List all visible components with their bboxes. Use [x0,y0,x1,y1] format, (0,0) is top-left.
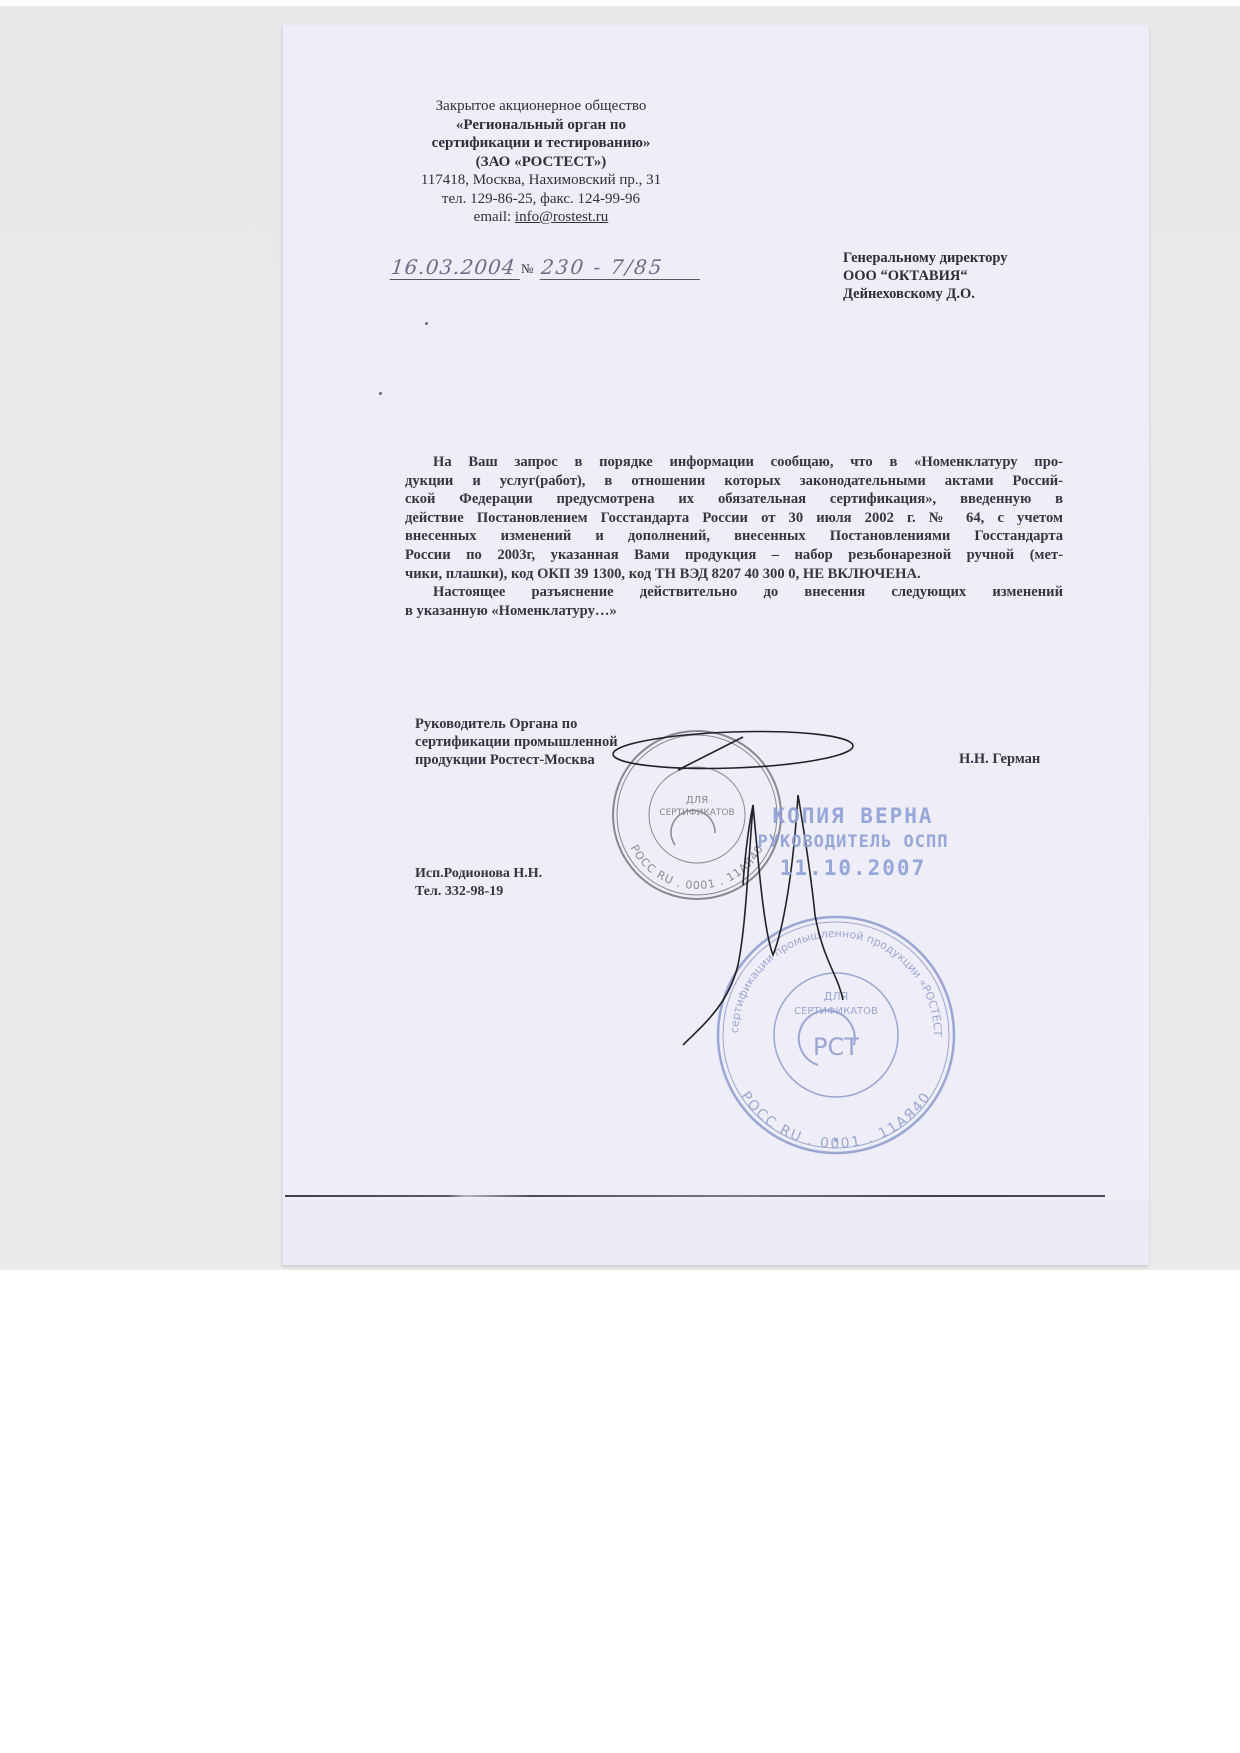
body-line: в указанную «Номенклатуру…» [405,602,1063,621]
signatory-title: Руководитель Органа по сертификации пром… [415,715,675,769]
addressee-company: ООО “ОКТАВИЯ“ [843,267,1103,285]
large-seal-center-top: ДЛЯ [824,990,849,1003]
signatory-title-line: продукции Ростест-Москва [415,751,675,769]
svg-text:РОСС RU . 0001 . 11АЯ40: РОСС RU . 0001 . 11АЯ40 [737,1089,935,1152]
page-bottom-band [283,1200,1149,1265]
sender-email-label: email: [474,209,515,225]
body-line: Настоящее разъяснение действительно до в… [405,583,1063,602]
body-line: России по 2003г, указанная Вами продукци… [405,546,1063,565]
copy-stamp-line2: РУКОВОДИТЕЛЬ ОСПП [723,829,983,855]
copy-certified-stamp: КОПИЯ ВЕРНА РУКОВОДИТЕЛЬ ОСПП 11.10.2007 [723,803,983,881]
large-seal-logo: РСТ [813,1033,859,1061]
sender-org-short: (ЗАО «РОСТЕСТ») [391,153,691,172]
copy-stamp-date: 11.10.2007 [723,855,983,881]
sender-org-type: Закрытое акционерное общество [391,97,691,116]
scan-top-edge [0,0,1240,6]
large-seal-ring-bottom: РОСС RU . 0001 . 11АЯ40 [737,1089,935,1152]
sender-org-name-1: «Региональный орган по [391,116,691,135]
signatory-name: Н.Н. Герман [959,751,1040,768]
sender-header: Закрытое акционерное общество «Региональ… [391,97,691,227]
reference-number-label: № [521,261,533,277]
small-seal-center-top: ДЛЯ [686,795,708,806]
executor-name: Исп.Родионова Н.Н. [415,865,542,883]
executor-block: Исп.Родионова Н.Н. Тел. 332-98-19 [415,865,542,901]
body-line: внесенных изменений и дополнений, внесен… [405,527,1063,546]
signatory-title-line: сертификации промышленной [415,733,675,751]
sender-email-link[interactable]: info@rostest.ru [515,209,608,225]
body-line: ской Федерации предусмотрена их обязател… [405,490,1063,509]
sender-phones: тел. 129-86-25, факс. 124-99-96 [391,190,691,209]
copy-stamp-line1: КОПИЯ ВЕРНА [723,803,983,829]
large-seal-center-bottom: СЕРТИФИКАТОВ [794,1006,878,1017]
addressee-position: Генеральному директору [843,249,1103,267]
reference-number: 230 - 7/85 [540,255,703,280]
letter-page: Закрытое акционерное общество «Региональ… [282,25,1149,1265]
body-line: действие Постановлением Госстандарта Рос… [405,509,1063,528]
sender-email-row: email: info@rostest.ru [391,208,691,227]
body-line: чики, плашки), код ОКП 39 1300, код ТН В… [405,565,1063,584]
sender-address: 117418, Москва, Нахимовский пр., 31 [391,171,691,190]
signatory-title-line: Руководитель Органа по [415,715,675,733]
sender-org-name-2: сертификации и тестированию» [391,134,691,153]
body-line: На Ваш запрос в порядке информации сообщ… [405,453,1063,472]
letter-body: На Ваш запрос в порядке информации сообщ… [405,453,1063,620]
outgoing-reference: 16.03.2004 № 230 - 7/85 [383,251,703,291]
executor-phone: Тел. 332-98-19 [415,883,542,901]
scan-speck [379,392,382,395]
fold-line [285,1195,1105,1197]
addressee-block: Генеральному директору ООО “ОКТАВИЯ“ Дей… [843,249,1103,303]
handwritten-signature [612,728,853,1045]
scan-speck [425,322,428,325]
reference-date: 16.03.2004 [390,255,523,280]
addressee-name: Дейнеховскому Д.О. [843,285,1103,303]
body-line: дукции и услуг(работ), в отношении котор… [405,472,1063,491]
